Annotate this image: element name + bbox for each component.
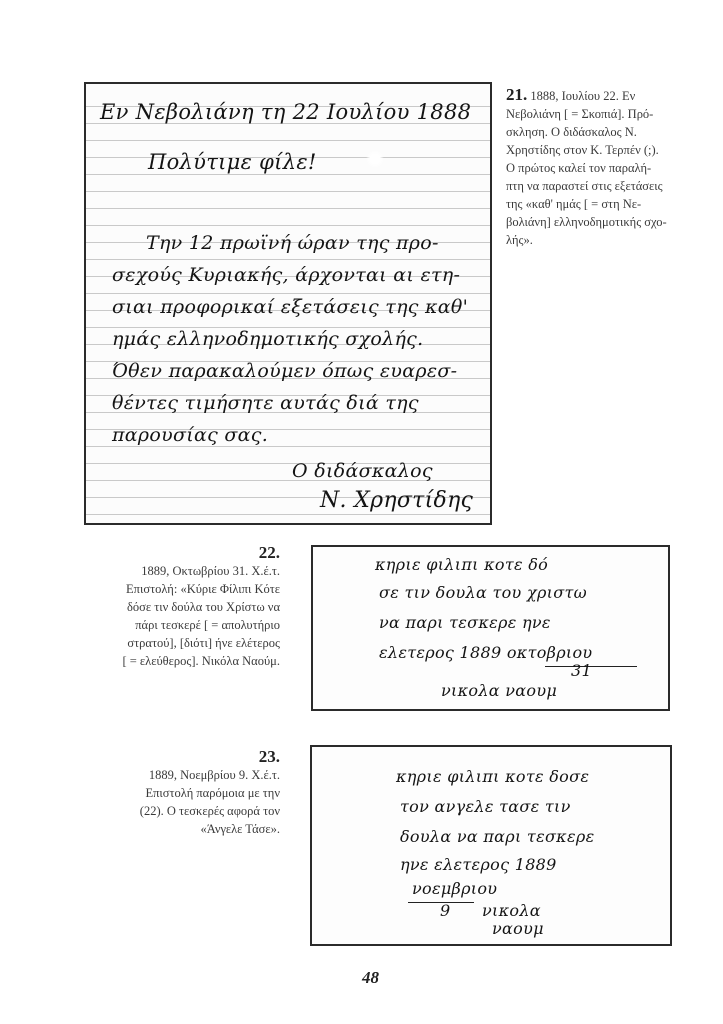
caption-23-number: 23. bbox=[80, 748, 280, 766]
caption-21-line: λής». bbox=[506, 231, 696, 249]
note-22-line: σε τιν δουλα του χριστω bbox=[379, 583, 587, 602]
page-number: 48 bbox=[362, 968, 379, 988]
letter-21-line: ημάς ελληνοδημοτικής σχολής. bbox=[112, 328, 423, 350]
caption-22-line: δόσε τιν δούλα του Χρίστω να bbox=[80, 598, 280, 616]
caption-22: 22. 1889, Οκτωβρίου 31. Χ.έ.τ. Επιστολή:… bbox=[80, 544, 280, 670]
caption-21-line: σκληση. Ο διδάσκαλος Ν. bbox=[506, 123, 696, 141]
note-23-line: δουλα να παρι τεσκερε bbox=[400, 827, 594, 846]
letter-21-line: θέντες τιμήσητε αυτάς διά της bbox=[112, 392, 419, 414]
paper-smudge bbox=[366, 150, 384, 168]
caption-21-line: βολιάνη] ελληνοδημοτικής σχο- bbox=[506, 213, 696, 231]
caption-23-line: Επιστολή παρόμοια με την bbox=[80, 784, 280, 802]
note-23-month: νοεμβριου bbox=[412, 879, 497, 898]
note-23-signature-last: ναουμ bbox=[492, 919, 544, 938]
letter-21-line: Την 12 πρωϊνή ώραν της προ- bbox=[146, 232, 439, 254]
note-23-line: κηριε φιλιπι κοτε δοσε bbox=[396, 767, 589, 786]
caption-22-line: 1889, Οκτωβρίου 31. Χ.έ.τ. bbox=[80, 562, 280, 580]
note-22-line: να παρι τεσκερε ηνε bbox=[379, 613, 551, 632]
note-23-facsimile: κηριε φιλιπι κοτε δοσε τον ανγελε τασε τ… bbox=[310, 745, 672, 946]
caption-21-line: της «καθ' ημάς [ = στη Νε- bbox=[506, 195, 696, 213]
caption-23-line: 1889, Νοεμβρίου 9. Χ.έ.τ. bbox=[80, 766, 280, 784]
caption-22-line: Επιστολή: «Κύριε Φίλιπι Κότε bbox=[80, 580, 280, 598]
note-22-line: κηριε φιλιπι κοτε δό bbox=[375, 555, 548, 574]
note-22-signature: νικολα ναουμ bbox=[441, 681, 557, 700]
letter-21-line: σιαι προφορικαί εξετάσεις της καθ' bbox=[112, 296, 468, 318]
caption-21-line: Νεβολιάνη [ = Σκοπιά]. Πρό- bbox=[506, 105, 696, 123]
caption-21-line: Ο πρώτος καλεί τον παραλή- bbox=[506, 159, 696, 177]
letter-21-signature: Ν. Χρηστίδης bbox=[320, 488, 473, 513]
note-23-signature-first: νικολα bbox=[482, 901, 541, 920]
note-23-line: τον ανγελε τασε τιν bbox=[400, 797, 571, 816]
letter-21-line: παρουσίας σας. bbox=[112, 424, 268, 446]
letter-21-line: σεχούς Κυριακής, άρχονται αι ετη- bbox=[112, 264, 460, 286]
caption-22-line: [ = ελεύθερος]. Νικόλα Ναούμ. bbox=[80, 652, 280, 670]
caption-21: 21. 1888, Ιουλίου 22. Εν Νεβολιάνη [ = Σ… bbox=[506, 86, 696, 249]
note-22-day: 31 bbox=[571, 661, 592, 680]
letter-21-facsimile: Εν Νεβολιάνη τη 22 Ιουλίου 1888 Πολύτιμε… bbox=[84, 82, 492, 525]
note-23-day: 9 bbox=[440, 901, 450, 920]
letter-21-line: Όθεν παρακαλούμεν όπως ευαρεσ- bbox=[112, 360, 457, 382]
caption-22-line: πάρι τεσκερέ [ = απολυτήριο bbox=[80, 616, 280, 634]
letter-21-closing: Ο διδάσκαλος bbox=[292, 460, 433, 482]
caption-22-number: 22. bbox=[80, 544, 280, 562]
note-22-facsimile: κηριε φιλιπι κοτε δό σε τιν δουλα του χρ… bbox=[311, 545, 670, 711]
caption-22-line: στρατού], [διότι] ήνε ελέτερος bbox=[80, 634, 280, 652]
letter-21-salutation: Πολύτιμε φίλε! bbox=[148, 150, 317, 174]
caption-23-line: (22). Ο τεσκερές αφορά τον bbox=[80, 802, 280, 820]
letter-21-dateline: Εν Νεβολιάνη τη 22 Ιουλίου 1888 bbox=[100, 100, 471, 124]
caption-23: 23. 1889, Νοεμβρίου 9. Χ.έ.τ. Επιστολή π… bbox=[80, 748, 280, 838]
caption-21-number: 21. bbox=[506, 85, 527, 104]
caption-21-line: 1888, Ιουλίου 22. Εν bbox=[530, 89, 635, 103]
caption-21-line: Χρηστίδης στον Κ. Τερπέν (;). bbox=[506, 141, 696, 159]
note-23-line: ηνε ελετερος 1889 bbox=[400, 855, 557, 874]
caption-21-line: πτη να παραστεί στις εξετάσεις bbox=[506, 177, 696, 195]
note-22-line: ελετερος 1889 οκτοβριου bbox=[379, 643, 592, 662]
caption-23-line: «Άνγελε Τάσε». bbox=[80, 820, 280, 838]
